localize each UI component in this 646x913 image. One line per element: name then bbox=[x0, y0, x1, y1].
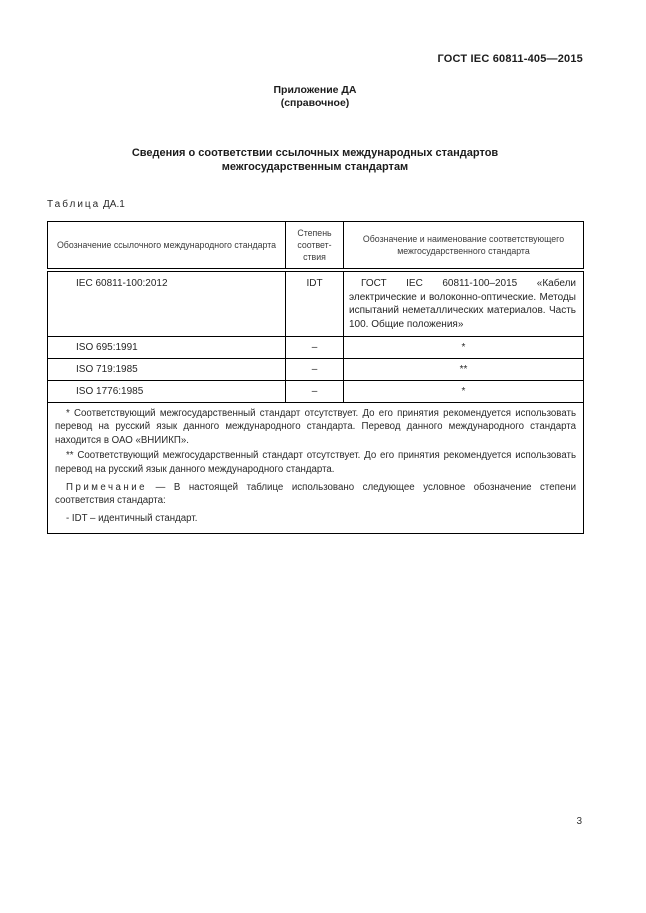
page-title: Сведения о соответствии ссылочных междун… bbox=[47, 146, 583, 174]
cell-interstate-standard: * bbox=[344, 381, 584, 403]
page-title-line-2: межгосударственным стандартам bbox=[47, 160, 583, 174]
cell-reference-standard: ISO 695:1991 bbox=[48, 337, 286, 359]
cell-degree: – bbox=[286, 381, 344, 403]
table-row: ISO 695:1991–* bbox=[48, 337, 584, 359]
table-body: IEC 60811-100:2012IDTГОСТ IEC 60811-100–… bbox=[48, 270, 584, 403]
table-header: Обозначение ссылочного международного ст… bbox=[48, 222, 584, 271]
annex-title: Приложение ДА bbox=[47, 84, 583, 97]
table-footnotes-cell: * Соответствующий межгосударственный ста… bbox=[48, 403, 584, 534]
note-label: Примечание bbox=[66, 482, 147, 493]
table-footnote: * Соответствующий межгосударственный ста… bbox=[55, 407, 576, 447]
cell-interstate-standard: ГОСТ IEC 60811-100–2015 «Кабели электрич… bbox=[344, 270, 584, 337]
annex-subtitle: (справочное) bbox=[47, 97, 583, 110]
cell-interstate-standard: * bbox=[344, 337, 584, 359]
cell-interstate-standard: ** bbox=[344, 359, 584, 381]
cell-reference-standard: ISO 1776:1985 bbox=[48, 381, 286, 403]
page-number: 3 bbox=[576, 816, 582, 827]
page-title-line-1: Сведения о соответствии ссылочных междун… bbox=[47, 146, 583, 160]
table-caption-word: Таблица bbox=[47, 199, 100, 210]
cell-degree: – bbox=[286, 337, 344, 359]
column-header-interstate-standard: Обозначение и наименование соответствующ… bbox=[344, 222, 584, 271]
table-footer: * Соответствующий межгосударственный ста… bbox=[48, 403, 584, 534]
correspondence-table: Обозначение ссылочного международного ст… bbox=[47, 221, 584, 534]
document-page: ГОСТ IEC 60811-405—2015 Приложение ДА (с… bbox=[0, 0, 646, 913]
cell-degree: IDT bbox=[286, 270, 344, 337]
table-caption: Таблица ДА.1 bbox=[47, 199, 125, 210]
cell-reference-standard: ISO 719:1985 bbox=[48, 359, 286, 381]
annex-heading: Приложение ДА (справочное) bbox=[47, 84, 583, 110]
table-footnote: ** Соответствующий межгосударственный ст… bbox=[55, 449, 576, 476]
column-header-degree: Степень соответ- ствия bbox=[286, 222, 344, 271]
table-row: ISO 719:1985–** bbox=[48, 359, 584, 381]
footnotes-container: * Соответствующий межгосударственный ста… bbox=[55, 407, 576, 476]
footnotes-row: * Соответствующий межгосударственный ста… bbox=[48, 403, 584, 534]
standard-code-header: ГОСТ IEC 60811-405—2015 bbox=[437, 53, 583, 65]
table-row: IEC 60811-100:2012IDTГОСТ IEC 60811-100–… bbox=[48, 270, 584, 337]
column-header-reference-standard: Обозначение ссылочного международного ст… bbox=[48, 222, 286, 271]
table-caption-number: ДА.1 bbox=[103, 199, 125, 210]
note-item-idt: - IDT – идентичный стандарт. bbox=[55, 512, 576, 525]
table-note: Примечание — В настоящей таблице использ… bbox=[55, 481, 576, 508]
cell-degree: – bbox=[286, 359, 344, 381]
cell-reference-standard: IEC 60811-100:2012 bbox=[48, 270, 286, 337]
table-row: ISO 1776:1985–* bbox=[48, 381, 584, 403]
